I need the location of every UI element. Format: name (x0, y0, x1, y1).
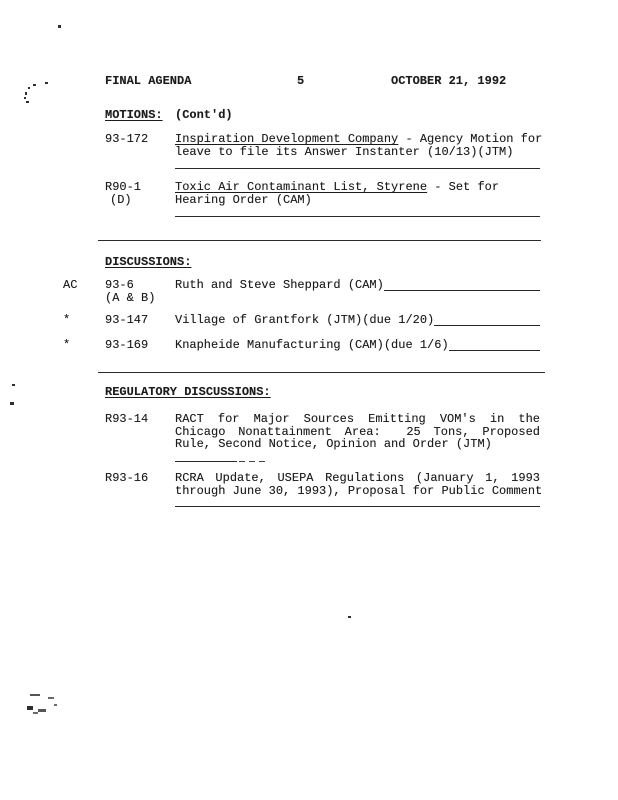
motions-contd-label: (Cont'd) (175, 109, 233, 122)
discussions-heading: DISCUSSIONS: (105, 256, 191, 269)
motions-heading-row: MOTIONS: (Cont'd) (105, 109, 545, 122)
docket-code: 93-6(A & B) (105, 279, 175, 304)
entry-text: - Set for (427, 180, 499, 194)
entry-line: Hearing Order (CAM) (175, 194, 547, 207)
scan-artifact (33, 712, 38, 714)
scan-artifact (12, 384, 15, 386)
scan-artifact (58, 25, 61, 28)
rule-divider-faint (239, 461, 269, 462)
case-title: Inspiration Development Company (175, 132, 398, 146)
case-title: Toxic Air Contaminant List, Styrene (175, 180, 427, 194)
docket-code: 93-147 (105, 314, 175, 327)
scan-artifact (24, 97, 26, 99)
fill-in-line (449, 339, 540, 351)
discussion-text: Village of Grantfork (JTM)(due 1/20) (175, 314, 434, 327)
scan-artifact (30, 694, 40, 696)
motions-heading: MOTIONS: (105, 108, 163, 122)
section-divider (98, 372, 545, 373)
rule-divider (175, 168, 540, 169)
scanned-agenda-page: { "colors": { "ink": "#1c1c1c", "paper":… (0, 0, 618, 800)
rule-divider (175, 506, 540, 507)
row-marker: * (63, 314, 105, 327)
row-marker: AC (63, 279, 105, 292)
rule-divider (175, 216, 540, 217)
entry-text: - Agency Motion for (398, 132, 542, 146)
discussion-text: Ruth and Steve Sheppard (CAM) (175, 279, 384, 292)
docket-code: 93-172 (105, 133, 148, 146)
row-marker: * (63, 339, 105, 352)
scan-artifact (348, 616, 351, 618)
discussion-row: * 93-147 Village of Grantfork (JTM)(due … (63, 314, 540, 327)
entry-line: RCRA Update, USEPA Regulations (January … (175, 472, 540, 485)
scan-artifact (25, 92, 27, 95)
discussion-row: AC 93-6(A & B) Ruth and Steve Sheppard (… (63, 279, 540, 304)
scan-artifact (54, 704, 57, 706)
rule-divider (175, 461, 237, 462)
fill-in-line (434, 314, 540, 326)
docket-code-sub: (A & B) (105, 291, 155, 305)
discussion-row: * 93-169 Knapheide Manufacturing (CAM)(d… (63, 339, 540, 352)
scan-artifact (27, 706, 33, 710)
entry-line: Rule, Second Notice, Opinion and Order (… (175, 438, 547, 451)
entry-line: Toxic Air Contaminant List, Styrene - Se… (175, 181, 547, 194)
entry-line: RACT for Major Sources Emitting VOM's in… (175, 413, 540, 426)
motion-entry-93-172: 93-172 Inspiration Development Company -… (105, 133, 550, 159)
scan-artifact (45, 82, 48, 84)
docket-code: R93-16 (105, 472, 148, 485)
scan-artifact (38, 709, 46, 712)
scan-artifact (26, 101, 29, 103)
header-date: OCTOBER 21, 1992 (391, 75, 506, 88)
regulatory-heading: REGULATORY DISCUSSIONS: (105, 386, 271, 399)
motion-entry-R90-1: R90-1 (D) Toxic Air Contaminant List, St… (105, 181, 550, 207)
section-divider (98, 240, 541, 241)
entry-line: through June 30, 1993), Proposal for Pub… (175, 485, 547, 498)
docket-code-sub: (D) (110, 194, 132, 207)
entry-line: Inspiration Development Company - Agency… (175, 133, 547, 146)
docket-code: R90-1 (105, 181, 141, 194)
scan-artifact (33, 84, 36, 86)
header-title: FINAL AGENDA (105, 75, 191, 88)
scan-artifact (10, 402, 14, 405)
scan-artifact (48, 697, 54, 699)
docket-code: R93-14 (105, 413, 148, 426)
regulatory-entry-R93-16: R93-16 RCRA Update, USEPA Regulations (J… (105, 472, 550, 498)
docket-code: 93-169 (105, 339, 175, 352)
page-number: 5 (297, 75, 304, 88)
scan-artifact (28, 87, 30, 89)
fill-in-line (384, 279, 540, 291)
discussion-text: Knapheide Manufacturing (CAM)(due 1/6) (175, 339, 449, 352)
entry-line: leave to file its Answer Instanter (10/1… (175, 146, 547, 159)
regulatory-entry-R93-14: R93-14 RACT for Major Sources Emitting V… (105, 413, 550, 453)
